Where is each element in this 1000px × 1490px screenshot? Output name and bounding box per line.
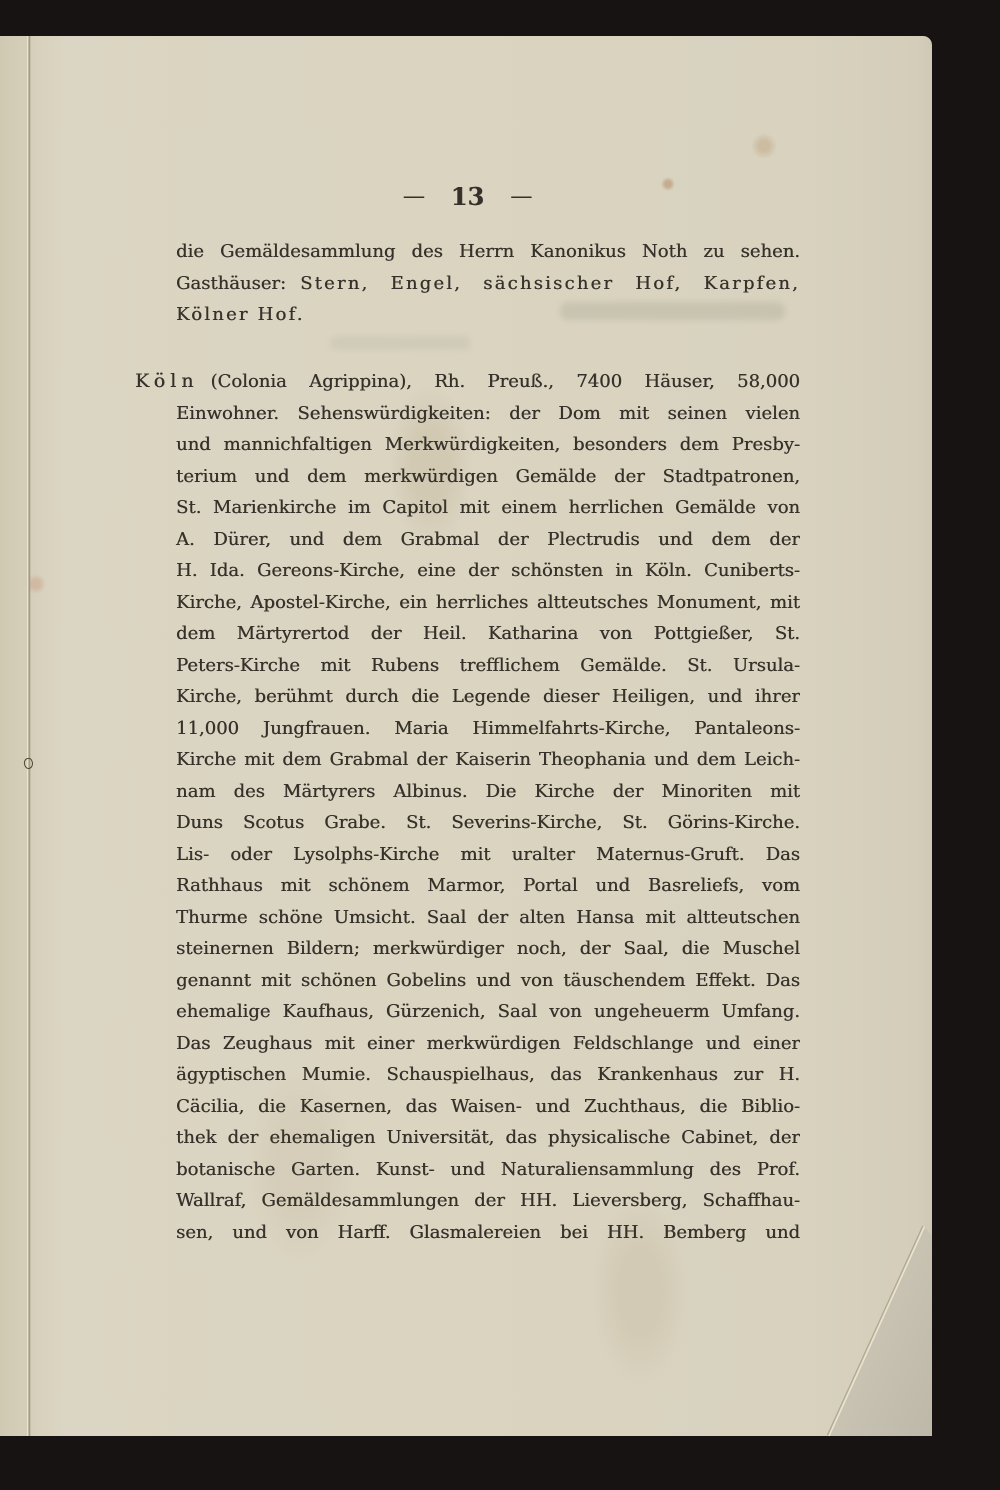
- text-line: genannt mit schönen Gobelins und von täu…: [176, 965, 800, 997]
- text-line: Einwohner. Sehenswürdigkeiten: der Dom m…: [176, 398, 800, 430]
- text-line: Kirche, Apostel-Kirche, ein herrliches a…: [176, 587, 800, 619]
- text-line: A. Dürer, und dem Grabmal der Plectrudis…: [176, 524, 800, 556]
- inn-names: Stern, Engel, sächsischer Hof, Karpfen,: [300, 273, 800, 294]
- text-line: ägyptischen Mumie. Schauspielhaus, das K…: [176, 1059, 800, 1091]
- text-line: thek der ehemaligen Universität, das phy…: [176, 1122, 800, 1154]
- text-line: steinernen Bildern; merkwürdiger noch, d…: [176, 933, 800, 965]
- text-line: und mannichfaltigen Merkwürdigkeiten, be…: [176, 429, 800, 461]
- text-line: Duns Scotus Grabe. St. Severins-Kirche, …: [176, 807, 800, 839]
- page-number: 13: [451, 182, 484, 211]
- text-line: die Gemäldesammlung des Herrn Kanonikus …: [176, 236, 800, 268]
- entry-paragraph-koeln: Köln(Colonia Agrippina), Rh. Preuß., 740…: [135, 366, 800, 1248]
- text-line: Kirche mit dem Grabmal der Kaiserin Theo…: [176, 744, 800, 776]
- header-dash-right: —: [510, 184, 532, 209]
- text-line: Thurme schöne Umsicht. Saal der alten Ha…: [176, 902, 800, 934]
- intro-paragraph: die Gemäldesammlung des Herrn Kanonikus …: [176, 236, 800, 331]
- gutter-crease: [27, 36, 31, 1436]
- text-line: Kölner Hof.: [176, 299, 800, 331]
- entry-headword: Köln: [135, 370, 198, 392]
- text-line: Cäcilia, die Kasernen, das Waisen- und Z…: [176, 1091, 800, 1123]
- book-page: —13— die Gemäldesammlung des Herrn Kanon…: [0, 36, 932, 1436]
- verso-show-through: [330, 336, 470, 350]
- text-line: St. Marienkirche im Capitol mit einem he…: [176, 492, 800, 524]
- text-line: Wallraf, Gemäldesammlungen der HH. Lieve…: [176, 1185, 800, 1217]
- entry-heading-line: Köln(Colonia Agrippina), Rh. Preuß., 740…: [135, 366, 800, 398]
- text-line: botanische Garten. Kunst- und Naturalien…: [176, 1154, 800, 1186]
- entry-heading-rest: (Colonia Agrippina), Rh. Preuß., 7400 Hä…: [210, 371, 800, 392]
- text-line: terium und dem merkwürdigen Gemälde der …: [176, 461, 800, 493]
- text-line: Lis- oder Lysolphs-Kirche mit uralter Ma…: [176, 839, 800, 871]
- text-line: 11,000 Jungfrauen. Maria Himmelfahrts-Ki…: [176, 713, 800, 745]
- scanned-book-photo: { "page_header": { "dash": "—", "page_nu…: [0, 0, 1000, 1490]
- text-line: Kirche, berühmt durch die Legende dieser…: [176, 681, 800, 713]
- page-header: —13—: [135, 182, 800, 214]
- text-line: sen, und von Harff. Glasmalereien bei HH…: [176, 1217, 800, 1249]
- text-line: H. Ida. Gereons-Kirche, eine der schönst…: [176, 555, 800, 587]
- text-line: Peters-Kirche mit Rubens trefflichem Gem…: [176, 650, 800, 682]
- text-line: ehemalige Kaufhaus, Gürzenich, Saal von …: [176, 996, 800, 1028]
- gasthaeuser-label: Gasthäuser:: [176, 273, 286, 294]
- text-line: Rathhaus mit schönem Marmor, Portal und …: [176, 870, 800, 902]
- ink-mark: [23, 757, 35, 770]
- text-line: Gasthäuser:Stern, Engel, sächsischer Hof…: [176, 268, 800, 300]
- header-dash-left: —: [403, 184, 425, 209]
- text-line: dem Märtyrertod der Heil. Katharina von …: [176, 618, 800, 650]
- text-line: Das Zeughaus mit einer merkwürdigen Feld…: [176, 1028, 800, 1060]
- text-line: nam des Märtyrers Albinus. Die Kirche de…: [176, 776, 800, 808]
